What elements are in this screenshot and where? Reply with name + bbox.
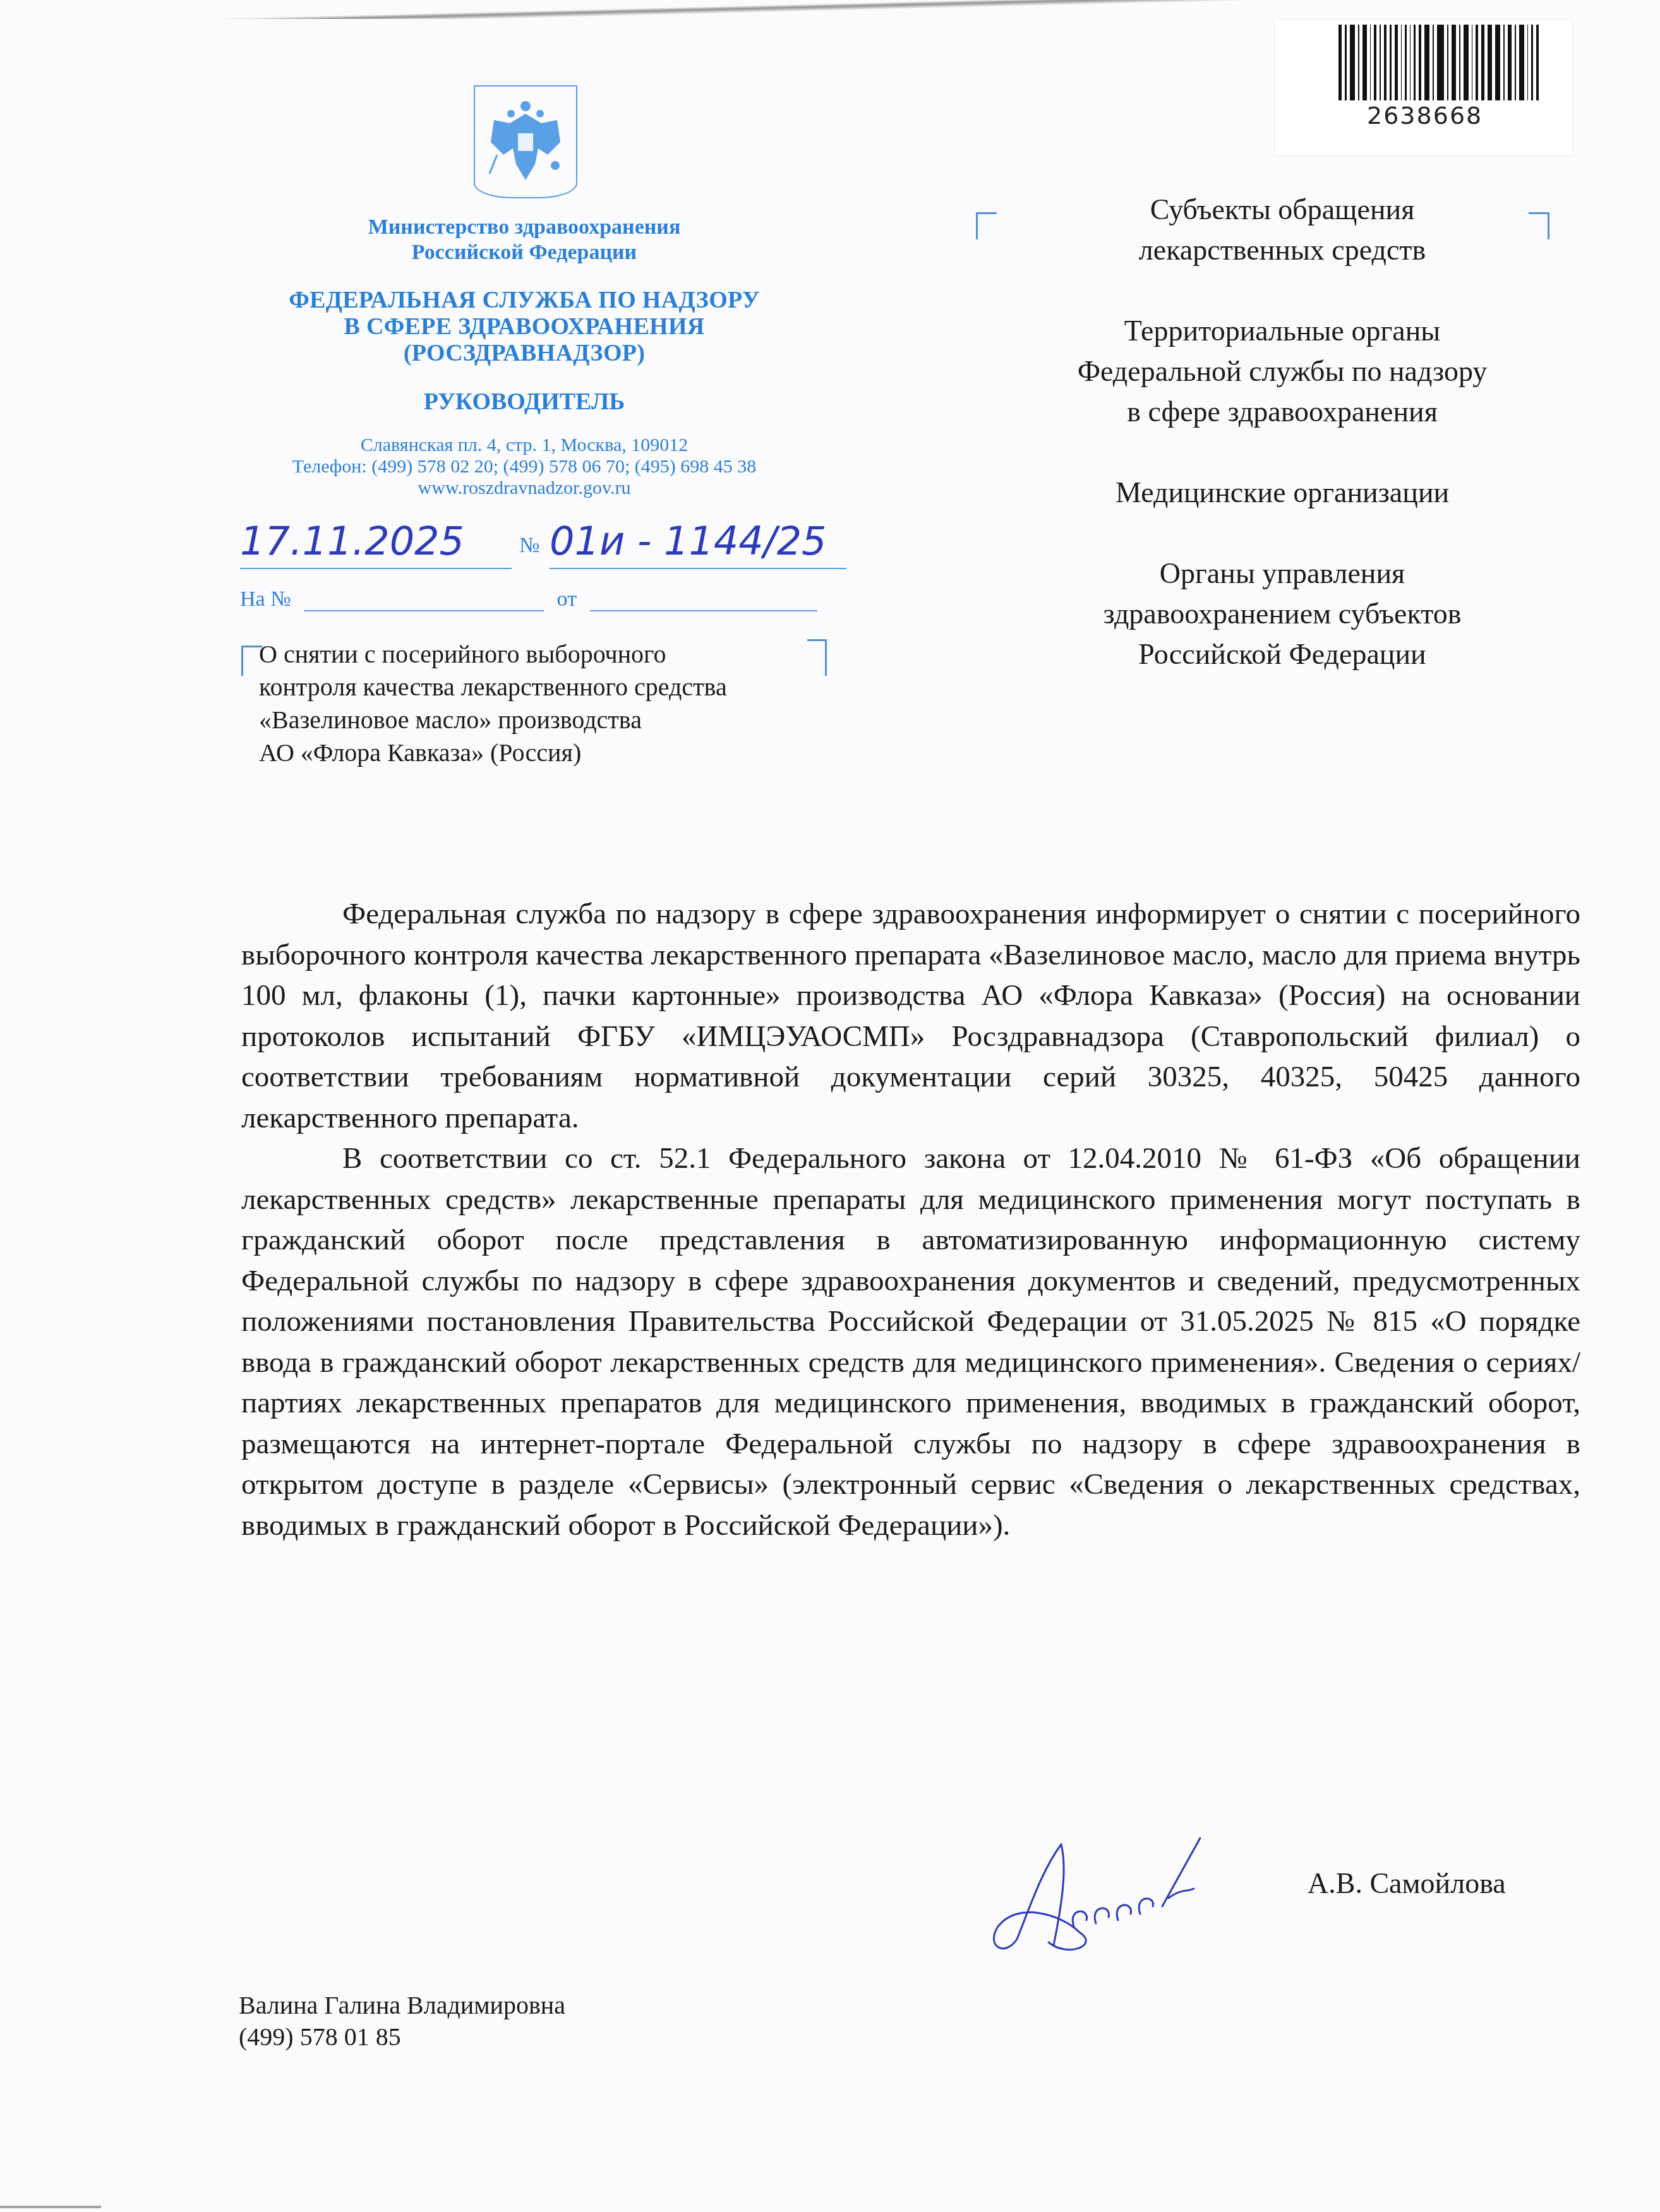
barcode-bar (1503, 25, 1505, 100)
executor-block: Валина Галина Владимировна (499) 578 01 … (239, 1990, 565, 2053)
barcode-bar (1481, 25, 1484, 100)
barcode-bar (1370, 25, 1371, 100)
barcode-bar (1419, 25, 1421, 100)
registration-number: 01и - 1144/25 (550, 515, 846, 569)
barcode-bar (1452, 25, 1456, 100)
service-name: ФЕДЕРАЛЬНАЯ СЛУЖБА ПО НАДЗОРУ В СФЕРЕ ЗД… (208, 287, 840, 366)
ministry-name: Министерство здравоохранения Российской … (208, 215, 840, 265)
barcode-bar (1536, 25, 1539, 100)
barcode-bar (1488, 25, 1492, 100)
addressee-item: Медицинские организации (985, 472, 1579, 513)
barcode-bar (1508, 25, 1511, 100)
website-link[interactable]: www.roszdravnadzor.gov.ru (208, 478, 840, 499)
barcode-bar (1362, 25, 1367, 100)
barcode-bar (1515, 25, 1517, 100)
executor-name: Валина Галина Владимировна (239, 1990, 565, 2021)
barcode-bar (1338, 25, 1342, 100)
barcode-bar (1527, 25, 1528, 100)
addressee-block: Субъекты обращения лекарственных средств… (985, 189, 1579, 715)
body-paragraph: В соответствии со ст. 52.1 Федерального … (241, 1138, 1580, 1546)
role-title: РУКОВОДИТЕЛЬ (208, 388, 840, 416)
subject-line: О снятии с посерийного выборочного (259, 638, 916, 671)
barcode-bar (1414, 25, 1416, 100)
registration-date: 17.11.2025 (240, 515, 512, 569)
reference-row: На № от (240, 587, 817, 611)
barcode-bar (1472, 25, 1472, 100)
body-paragraph: Федеральная служба по надзору в сфере зд… (241, 894, 1580, 1138)
barcode-bar (1495, 25, 1500, 100)
barcode-bar (1350, 25, 1355, 100)
barcode-bar (1405, 25, 1407, 100)
barcode-bar (1358, 25, 1360, 100)
barcode-bar (1395, 25, 1398, 100)
subject-line: «Вазелиновое масло» производства (259, 704, 916, 736)
barcode-bar (1424, 25, 1429, 100)
barcode-bar (1401, 25, 1402, 100)
barcode-bar (1384, 25, 1386, 100)
ref-date-field (590, 589, 817, 611)
barcode-bar (1476, 25, 1478, 100)
subject-line: контроля качества лекарственного средств… (259, 671, 916, 704)
coat-of-arms-icon (474, 85, 577, 198)
ref-number-field (304, 589, 544, 611)
barcode-sticker: 2638668 (1275, 19, 1573, 156)
letter-body: Федеральная служба по надзору в сфере зд… (241, 894, 1580, 1546)
barcode-bar (1437, 25, 1443, 100)
subject-line: АО «Флора Кавказа» (Россия) (259, 736, 916, 769)
barcode-bar (1380, 25, 1381, 100)
address: Славянская пл. 4, стр. 1, Москва, 109012 (208, 435, 840, 456)
executor-phone: (499) 578 01 85 (239, 2021, 565, 2053)
scan-edge-bottom (0, 2206, 101, 2208)
barcode-bar (1447, 25, 1449, 100)
barcode-bar (1433, 25, 1434, 100)
handwritten-signature-icon (979, 1832, 1320, 1958)
registration-number-label: № (519, 534, 539, 558)
barcode-bar (1464, 25, 1469, 100)
addressee-item: Субъекты обращения лекарственных средств (985, 189, 1579, 270)
addressee-item: Территориальные органы Федеральной служб… (985, 311, 1579, 432)
scan-edge-top (0, 0, 1660, 19)
barcode-bar (1374, 25, 1376, 100)
subject-block: О снятии с посерийного выборочного контр… (259, 638, 916, 769)
letterhead: Министерство здравоохранения Российской … (208, 215, 840, 499)
barcode-bar (1410, 25, 1410, 100)
barcode-bar (1345, 25, 1347, 100)
registration-row: 17.11.2025 № 01и - 1144/25 (240, 515, 910, 565)
barcode-bar (1531, 25, 1533, 100)
addressee-item: Органы управления здравоохранением субъе… (985, 553, 1579, 675)
signer-name: А.В. Самойлова (1308, 1866, 1506, 1900)
ref-number-label: На № (240, 587, 291, 611)
contact-block: Славянская пл. 4, стр. 1, Москва, 109012… (208, 435, 840, 499)
barcode-bar (1390, 25, 1392, 100)
barcode-bar (1459, 25, 1461, 100)
ref-date-label: от (557, 587, 577, 611)
phones: Телефон: (499) 578 02 20; (499) 578 06 7… (208, 456, 840, 478)
barcode-icon (1338, 25, 1542, 100)
barcode-number: 2638668 (1367, 102, 1483, 129)
barcode-bar (1519, 25, 1524, 100)
faint-stamp-watermark (758, 2040, 1023, 2167)
